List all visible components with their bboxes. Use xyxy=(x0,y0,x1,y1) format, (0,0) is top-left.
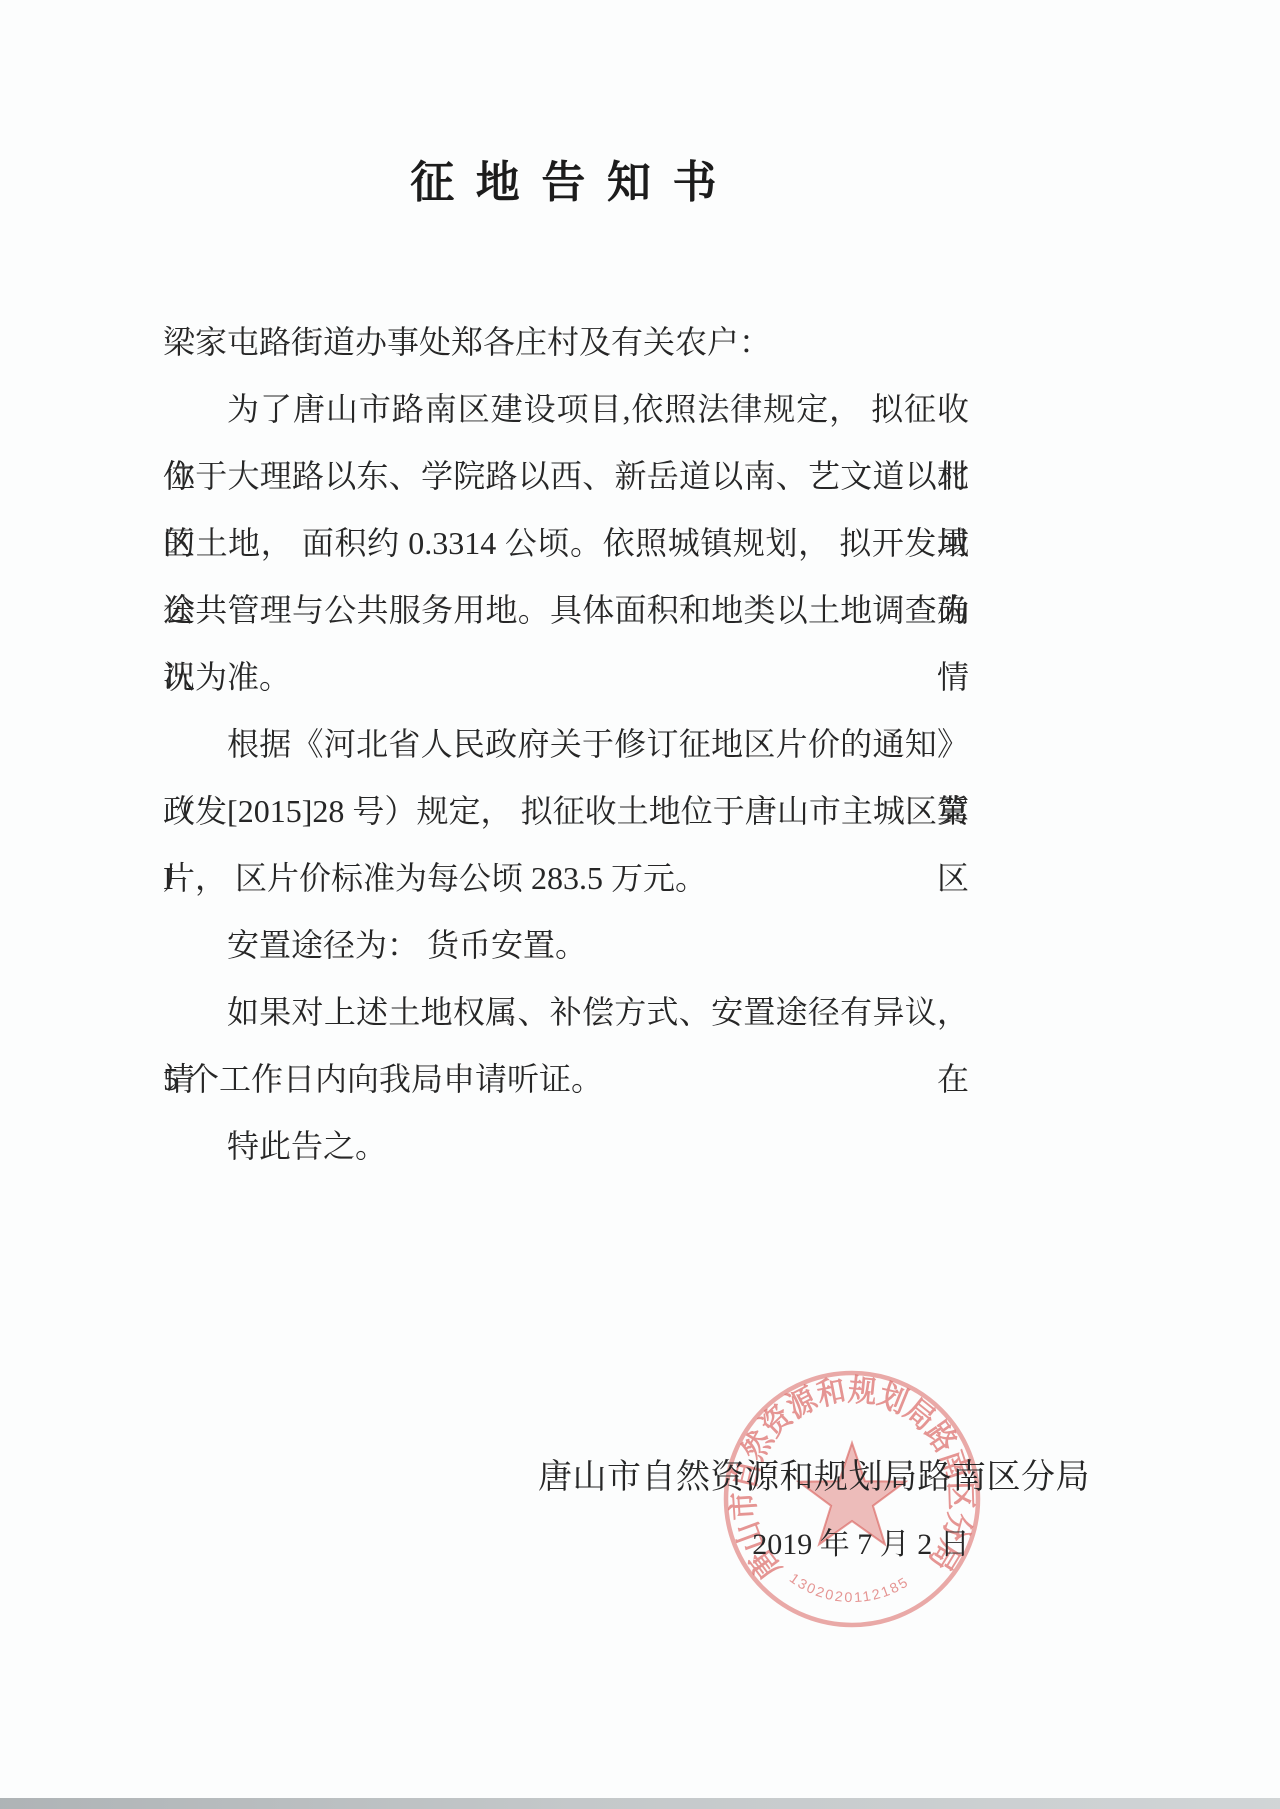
body-line: 为了唐山市路南区建设项目,依照法律规定， 拟征收你村 xyxy=(163,376,969,443)
body-line: 公共管理与公共服务用地。具体面积和地类以土地调查确认情 xyxy=(163,577,969,644)
document-page: 征 地 告 知 书 梁家屯路街道办事处郑各庄村及有关农户： 为了唐山市路南区建设… xyxy=(0,0,1280,1809)
scan-edge-artifact xyxy=(0,1798,1280,1809)
body-line: 如果对上述土地权属、补偿方式、安置途径有异议， 请在 xyxy=(163,979,969,1046)
body-line: 安置途径为： 货币安置。 xyxy=(163,912,969,979)
signature-date: 2019 年 7 月 2 日 xyxy=(736,1524,986,1566)
body-line: 位于大理路以东、学院路以西、新岳道以南、艺文道以北区域 xyxy=(163,443,969,510)
body-line: 政发[2015]28 号）规定， 拟征收土地位于唐山市主城区第 I 区 xyxy=(163,778,969,845)
body-line: 梁家屯路街道办事处郑各庄村及有关农户： xyxy=(163,309,969,376)
signature-line: 唐山市自然资源和规划局路南区分局 xyxy=(538,1456,1098,1500)
page-title: 征 地 告 知 书 xyxy=(163,152,969,214)
seal-code-text: 1302020112185 xyxy=(787,1570,912,1605)
body-line: 的土地， 面积约 0.3314 公顷。依照城镇规划， 拟开发用途为 xyxy=(163,510,969,577)
body-line: 根据《河北省人民政府关于修订征地区片价的通知》（冀 xyxy=(163,711,969,778)
document-body: 梁家屯路街道办事处郑各庄村及有关农户： 为了唐山市路南区建设项目,依照法律规定，… xyxy=(163,309,969,1180)
body-line: 特此告之。 xyxy=(163,1113,969,1180)
